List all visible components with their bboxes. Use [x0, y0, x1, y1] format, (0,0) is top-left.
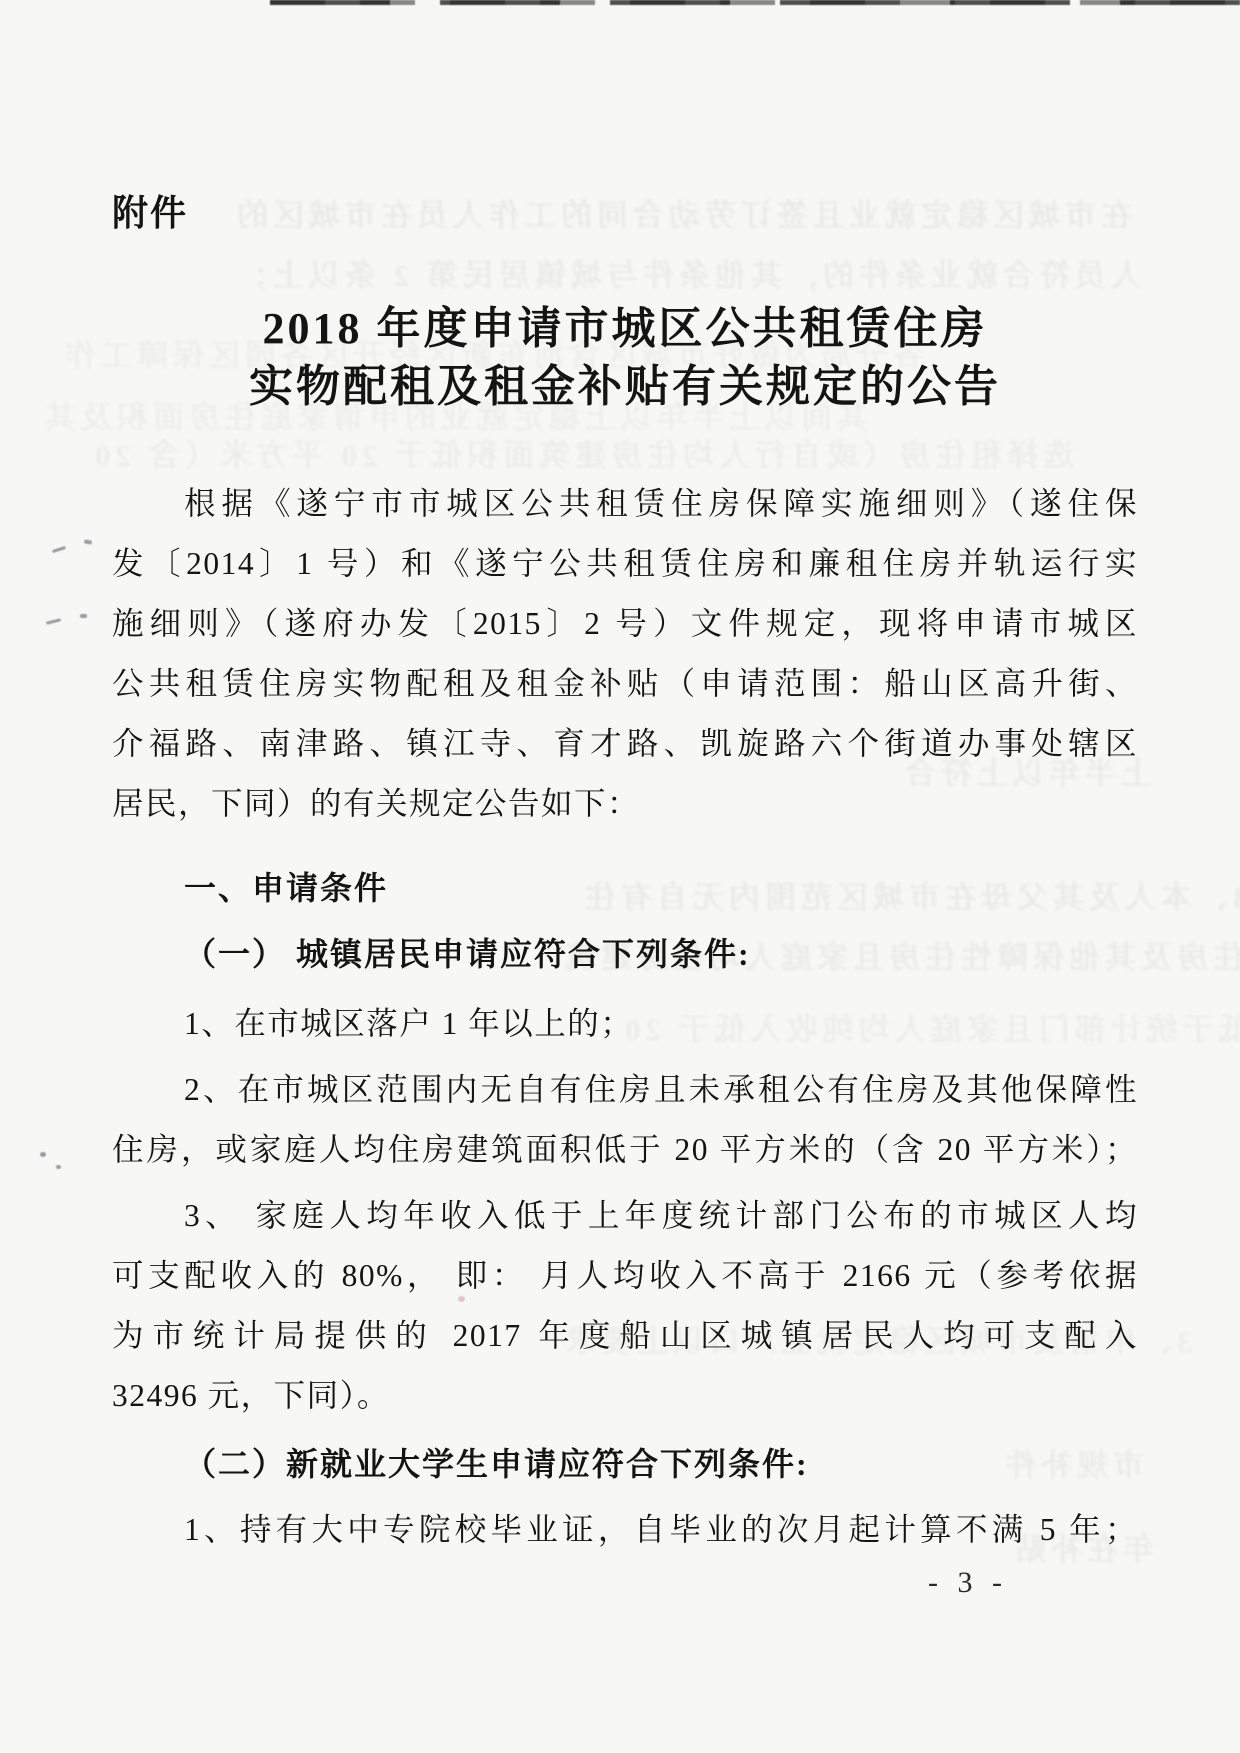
list-item-2-line: 2、在市城区范围内无自有住房且未承租公有住房及其他保障性	[112, 1060, 1138, 1120]
section-heading-1: 一、申请条件	[112, 858, 1138, 918]
document-title-line-2: 实物配租及租金补贴有关规定的公告	[112, 358, 1138, 416]
document-content: 附件 2018 年度申请市城区公共租赁住房 实物配租及租金补贴有关规定的公告 根…	[112, 0, 1138, 1560]
page-number: - 3 -	[928, 1566, 1008, 1600]
list-item-3-line: 3、 家庭人均年收入低于上年度统计部门公布的市城区人均	[112, 1186, 1138, 1246]
list-item-1: 1、在市城区落户 1 年以上的；	[112, 994, 1138, 1054]
ink-speck	[40, 1152, 46, 1157]
list-item-2-line: 住房，或家庭人均住房建筑面积低于 20 平方米的（含 20 平方米）；	[112, 1120, 1138, 1180]
paragraph-line: 介福路、南津路、镇江寺、育才路、凯旋路六个街道办事处辖区	[112, 714, 1138, 774]
list-item-3-line: 32496 元，下同）。	[112, 1366, 1138, 1426]
attachment-label: 附件	[112, 190, 1138, 236]
ink-speck	[52, 546, 66, 553]
list-item-3-line: 可支配收入的 80%， 即： 月人均收入不高于 2166 元（参考依据	[112, 1246, 1138, 1306]
paragraph-line: 根据《遂宁市市城区公共租赁住房保障实施细则》（遂住保	[112, 474, 1138, 534]
list-item-3-line: 为市统计局提供的 2017 年度船山区城镇居民人均可支配入	[112, 1306, 1138, 1366]
ink-speck	[84, 539, 93, 544]
ink-speck	[80, 614, 87, 618]
list-item-4: 1、持有大中专院校毕业证，自毕业的次月起计算不满 5 年；	[112, 1500, 1138, 1560]
ink-speck	[56, 1165, 61, 1169]
subsection-heading-2: （二）新就业大学生申请应符合下列条件:	[112, 1434, 1138, 1494]
scanned-document-page: 在市城区稳定就业且签订劳动合同的工作人员在市城区的人员符合就业条件的，其他条件与…	[0, 0, 1240, 1753]
paragraph-line: 施细则》（遂府办发〔2015〕2 号）文件规定，现将申请市城区	[112, 594, 1138, 654]
document-title-line-1: 2018 年度申请市城区公共租赁住房	[112, 300, 1138, 358]
paragraph-line: 公共租赁住房实物配租及租金补贴（申请范围：船山区高升街、	[112, 654, 1138, 714]
subsection-heading-1: （一） 城镇居民申请应符合下列条件:	[112, 924, 1138, 984]
paragraph-line: 发〔2014〕1 号）和《遂宁公共租赁住房和廉租住房并轨运行实	[112, 534, 1138, 594]
ink-speck	[46, 618, 61, 625]
paragraph-line: 居民，下同）的有关规定公告如下：	[112, 774, 1138, 834]
